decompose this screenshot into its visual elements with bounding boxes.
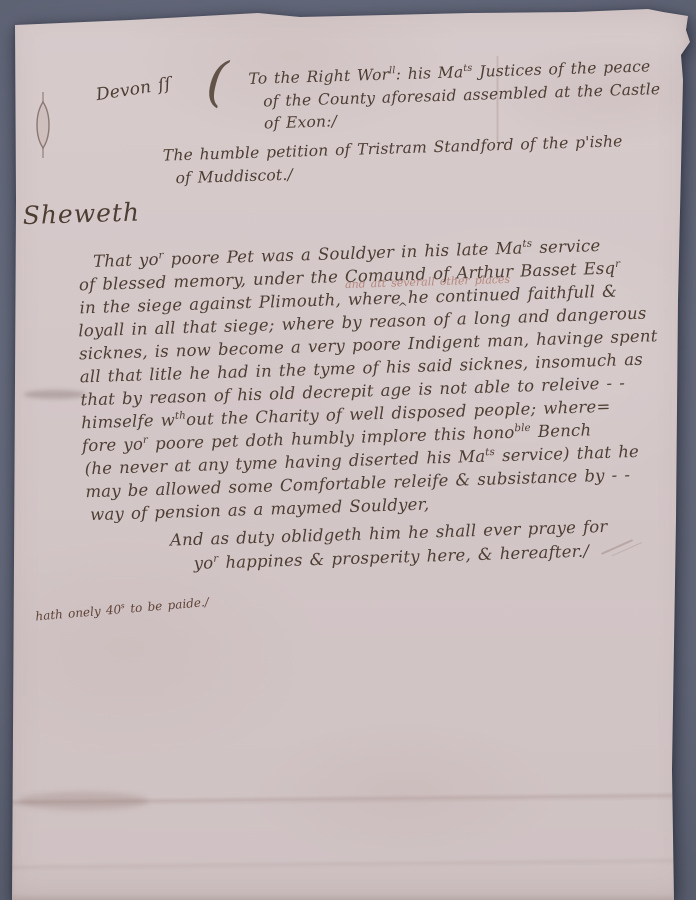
interlined-insertion: and att severall other places bbox=[345, 273, 510, 291]
fold-crease-faint bbox=[12, 857, 676, 873]
county-heading: Devon ſſ bbox=[95, 74, 173, 105]
address-line: To the Right Worll: his Mats Justices of… bbox=[248, 57, 650, 88]
salutation: Sheweth bbox=[22, 197, 140, 230]
clerk-annotation: hath onely 40s to be paide./ bbox=[35, 595, 209, 624]
closing-line: yor happines & prosperity here, & hereaf… bbox=[193, 541, 589, 572]
body-line: that by reason of his old decrepit age i… bbox=[80, 373, 625, 409]
body-line: That yor poore Pet was a Souldyer in his… bbox=[93, 236, 601, 271]
body-line: all that litle he had in the tyme of his… bbox=[79, 350, 643, 387]
body-line: in the siege against Plimouth, where he … bbox=[79, 281, 617, 317]
body-line: sicknes, is now become a very poore Indi… bbox=[79, 326, 658, 363]
body-line: himselfe wthout the Charity of well disp… bbox=[81, 397, 611, 433]
address-bracket: ( bbox=[204, 49, 230, 113]
address-line: of Exon:/ bbox=[264, 112, 338, 132]
manuscript-photo: Devon ſſ ( To the Right Worll: his Mats … bbox=[0, 0, 696, 900]
body-line: may be allowed some Comfortable releife … bbox=[85, 465, 630, 501]
petition-paper: Devon ſſ ( To the Right Worll: his Mats … bbox=[0, 0, 696, 900]
body-line: way of pension as a maymed Souldyer, bbox=[90, 494, 430, 524]
edge-stain bbox=[18, 792, 148, 810]
petition-title-line: of Muddiscot./ bbox=[175, 166, 293, 188]
address-line: of the County aforesaid assembled at the… bbox=[263, 80, 661, 110]
margin-ink-smudge bbox=[24, 390, 86, 399]
petition-title-line: The humble petition of Tristram Standfor… bbox=[163, 132, 623, 164]
insertion-caret: ^ bbox=[398, 300, 409, 314]
body-line: (he never at any tyme having diserted hi… bbox=[84, 442, 639, 478]
paper-flaw-mark bbox=[30, 90, 56, 160]
fold-crease bbox=[12, 792, 676, 808]
faint-pen-marks bbox=[601, 539, 633, 555]
paper-shadow-wrap: Devon ſſ ( To the Right Worll: his Mats … bbox=[0, 0, 696, 900]
body-line: fore yor poore pet doth humbly implore t… bbox=[82, 420, 592, 455]
manuscript-text: Devon ſſ ( To the Right Worll: his Mats … bbox=[0, 0, 696, 900]
body-line: loyall in all that siege; where by reaso… bbox=[78, 304, 647, 341]
closing-line: And as duty oblidgeth him he shall ever … bbox=[170, 517, 608, 550]
body-line: of blessed memory, under the Comaund of … bbox=[79, 258, 621, 294]
paper-scratch bbox=[496, 56, 499, 144]
